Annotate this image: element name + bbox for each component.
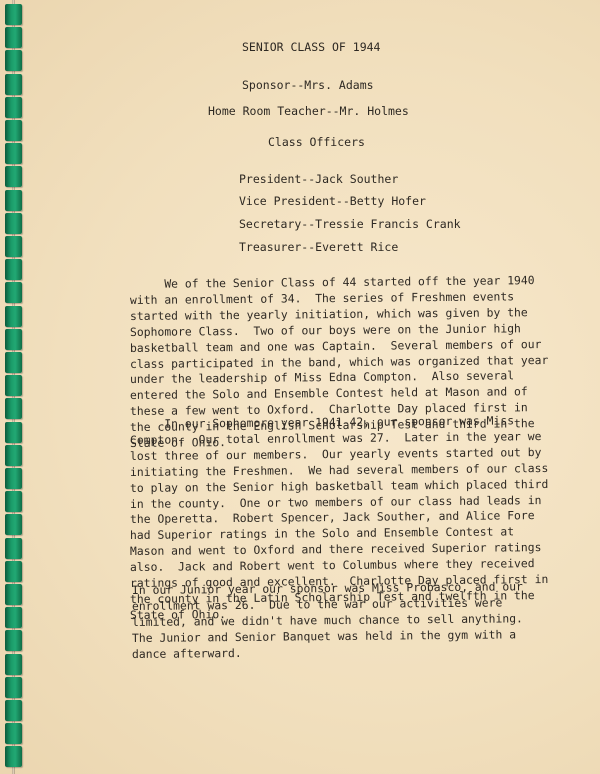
paragraph-line: basketball team and one was Captain. Sev…	[130, 337, 542, 355]
typed-page: SENIOR CLASS OF 1944 Sponsor--Mrs. Adams…	[0, 0, 600, 774]
home-room-teacher-line: Home Room Teacher--Mr. Holmes	[208, 104, 409, 118]
paragraph-line: Mason and went to Oxford and there recei…	[130, 540, 542, 558]
paragraph-line: started with the yearly initiation, whic…	[130, 305, 528, 323]
paragraph-line: entered the Solo and Ensemble Contest he…	[130, 384, 528, 402]
document-title: SENIOR CLASS OF 1944	[242, 40, 380, 54]
paragraph-line: Compton. Our total enrollment was 27. La…	[130, 429, 542, 447]
paragraph-line: The Junior and Senior Banquet was held i…	[132, 627, 516, 645]
paragraph-line: with an enrollment of 34. The series of …	[130, 289, 514, 307]
officer-treasurer: Treasurer--Everett Rice	[239, 240, 398, 254]
paragraph-line: Sophomore Class. Two of our boys were on…	[130, 321, 521, 339]
officer-vice-president: Vice President--Betty Hofer	[239, 194, 426, 208]
paragraph-line: limited, and we didn't have much chance …	[132, 611, 523, 629]
officers-heading: Class Officers	[268, 135, 365, 149]
paragraph-line: also. Jack and Robert went to Columbus w…	[130, 556, 535, 574]
paragraph-line: lost three of our members. Our yearly ev…	[130, 445, 542, 463]
sponsor-line: Sponsor--Mrs. Adams	[242, 78, 374, 92]
paragraph-line: initiating the Freshmen. We had several …	[130, 461, 548, 479]
paragraph-line: to play on the Senior high basketball te…	[130, 477, 548, 495]
paragraph-line: dance afterward.	[132, 646, 242, 661]
paragraph-line: under the leadership of Miss Edna Compto…	[130, 369, 514, 387]
paragraph-line: We of the Senior Class of 44 started off…	[130, 273, 535, 291]
officer-secretary: Secretary--Tressie Francis Crank	[239, 217, 461, 231]
officer-president: President--Jack Souther	[239, 172, 398, 186]
paragraph-line: enrollment was 26. Due to the war our ac…	[132, 595, 502, 613]
paragraph-line: had Superior ratings in the Solo and Ens…	[130, 525, 514, 543]
